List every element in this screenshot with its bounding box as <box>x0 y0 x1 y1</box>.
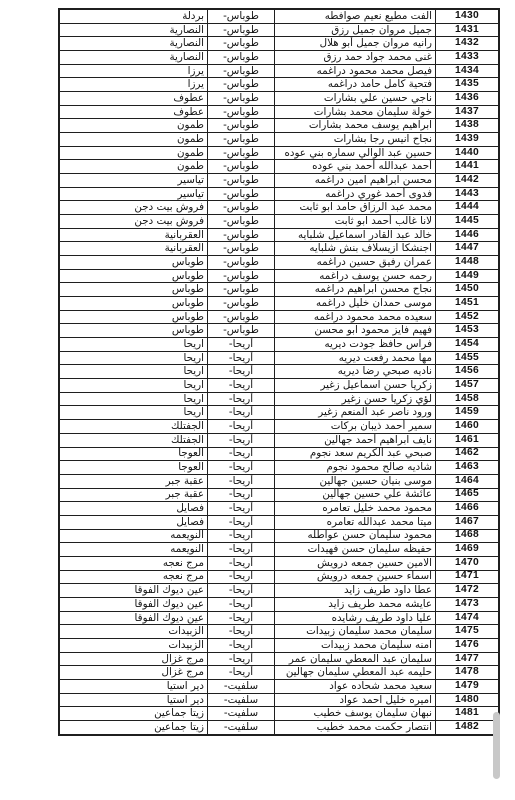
row-number-cell: 1464 <box>436 474 500 488</box>
table-row: 1443فدوى أحمد غوري دراغمهطوباس-تياسير <box>59 187 499 201</box>
governorate-cell: أريحا- <box>208 351 275 365</box>
locality-cell: اريحا <box>59 406 208 420</box>
governorate-cell: طوباس- <box>208 242 275 256</box>
table-row: 1452سعيده محمد محمود دراغمهطوباس-طوباس <box>59 310 499 324</box>
table-row: 1482انتصار حكمت محمد خطيبسلفيت-زيتا جماع… <box>59 720 499 734</box>
person-name-cell: فدوى أحمد غوري دراغمه <box>275 187 436 201</box>
locality-cell: فروش بيت دجن <box>59 215 208 229</box>
row-number-cell: 1458 <box>436 392 500 406</box>
person-name-cell: عايشه محمد طريف زايد <box>275 597 436 611</box>
row-number-cell: 1482 <box>436 720 500 734</box>
governorate-cell: أريحا- <box>208 529 275 543</box>
governorate-cell: طوباس- <box>208 283 275 297</box>
table-row: 1476امنه سليمان محمد زبيداتأريحا-الزبيدا… <box>59 638 499 652</box>
row-number-cell: 1474 <box>436 611 500 625</box>
table-row: 1440حسين عبد الوالي سماره بني عودهطوباس-… <box>59 146 499 160</box>
governorate-cell: طوباس- <box>208 324 275 338</box>
locality-cell: العقربانية <box>59 242 208 256</box>
row-number-cell: 1443 <box>436 187 500 201</box>
person-name-cell: محمود محمد خليل تعامره <box>275 502 436 516</box>
table-row: 1460سمير أحمد ذيبان بركاتأريحا-الجفتلك <box>59 420 499 434</box>
row-number-cell: 1450 <box>436 283 500 297</box>
person-name-cell: الفت مطيع نعيم صوافطه <box>275 9 436 23</box>
locality-cell: اريحا <box>59 379 208 393</box>
row-number-cell: 1446 <box>436 228 500 242</box>
governorate-cell: طوباس- <box>208 119 275 133</box>
table-row: 1474عليا داود طريف رشايدهأريحا-عين ديوك … <box>59 611 499 625</box>
table-row: 1465عائشة علي حسين جهالينأريحا-عقبة جبر <box>59 488 499 502</box>
locality-cell: طمون <box>59 119 208 133</box>
person-name-cell: موسى حمدان خليل دراغمه <box>275 297 436 311</box>
row-number-cell: 1468 <box>436 529 500 543</box>
table-row: 1463شاديه صالح محمود نجومأريحا-العوجا <box>59 461 499 475</box>
person-name-cell: محسن ابراهيم امين دراغمه <box>275 174 436 188</box>
voters-table-body: 1430الفت مطيع نعيم صوافطهطوباس-بردلة1431… <box>59 9 499 735</box>
locality-cell: زيتا جماعين <box>59 720 208 734</box>
document-page: 1430الفت مطيع نعيم صوافطهطوباس-بردلة1431… <box>0 0 515 800</box>
person-name-cell: ورود ناصر عبد المنعم زغير <box>275 406 436 420</box>
person-name-cell: فتحية كامل حامد دراغمه <box>275 78 436 92</box>
person-name-cell: لؤي زكريا حسن زغير <box>275 392 436 406</box>
table-row: 1439نجاح انيس رجا بشاراتطوباس-طمون <box>59 133 499 147</box>
person-name-cell: جميل مروان جميل رزق <box>275 23 436 37</box>
row-number-cell: 1454 <box>436 338 500 352</box>
person-name-cell: صبحي عبد الكريم سعد نجوم <box>275 447 436 461</box>
governorate-cell: سلفيت- <box>208 707 275 721</box>
table-row: 1431جميل مروان جميل رزقطوباس-النصارية <box>59 23 499 37</box>
person-name-cell: سليمان عبد المعطي سليمان عمر <box>275 652 436 666</box>
table-row: 1436ناجي حسين علي بشاراتطوباس-عطوف <box>59 92 499 106</box>
row-number-cell: 1467 <box>436 515 500 529</box>
person-name-cell: اميره خليل احمد عواد <box>275 693 436 707</box>
person-name-cell: ناديه صبحي رضا ديريه <box>275 365 436 379</box>
governorate-cell: طوباس- <box>208 64 275 78</box>
locality-cell: طمون <box>59 160 208 174</box>
row-number-cell: 1477 <box>436 652 500 666</box>
locality-cell: تياسير <box>59 187 208 201</box>
table-row: 1467ميتا محمد عبدالله تعامرهأريحا-فصايل <box>59 515 499 529</box>
locality-cell: النصارية <box>59 37 208 51</box>
row-number-cell: 1453 <box>436 324 500 338</box>
governorate-cell: أريحا- <box>208 543 275 557</box>
table-row: 1430الفت مطيع نعيم صوافطهطوباس-بردلة <box>59 9 499 23</box>
row-number-cell: 1449 <box>436 269 500 283</box>
row-number-cell: 1432 <box>436 37 500 51</box>
locality-cell: العوجا <box>59 447 208 461</box>
row-number-cell: 1475 <box>436 625 500 639</box>
locality-cell: النويعمه <box>59 543 208 557</box>
locality-cell: طوباس <box>59 256 208 270</box>
locality-cell: النصارية <box>59 23 208 37</box>
table-row: 1456ناديه صبحي رضا ديريهأريحا-اريحا <box>59 365 499 379</box>
governorate-cell: أريحا- <box>208 556 275 570</box>
governorate-cell: أريحا- <box>208 392 275 406</box>
table-row: 1437خولة سليمان محمد بشاراتطوباس-عطوف <box>59 105 499 119</box>
person-name-cell: ابراهيم يوسف محمد بشارات <box>275 119 436 133</box>
person-name-cell: عطا داود طريف زايد <box>275 584 436 598</box>
table-row: 1478حليمه عبد المعطي سليمان جهالينأريحا-… <box>59 666 499 680</box>
row-number-cell: 1479 <box>436 679 500 693</box>
table-row: 1448عمران رفيق حسين دراغمهطوباس-طوباس <box>59 256 499 270</box>
table-row: 1444محمد عبد الرزاق حامد ابو ثابتطوباس-ف… <box>59 201 499 215</box>
row-number-cell: 1441 <box>436 160 500 174</box>
governorate-cell: طوباس- <box>208 174 275 188</box>
row-number-cell: 1463 <box>436 461 500 475</box>
governorate-cell: سلفيت- <box>208 720 275 734</box>
governorate-cell: طوباس- <box>208 9 275 23</box>
row-number-cell: 1461 <box>436 433 500 447</box>
governorate-cell: طوباس- <box>208 269 275 283</box>
person-name-cell: نجاح محسن ابراهيم دراغمه <box>275 283 436 297</box>
row-number-cell: 1433 <box>436 51 500 65</box>
row-number-cell: 1460 <box>436 420 500 434</box>
row-number-cell: 1439 <box>436 133 500 147</box>
table-row: 1450نجاح محسن ابراهيم دراغمهطوباس-طوباس <box>59 283 499 297</box>
locality-cell: دير استيا <box>59 679 208 693</box>
governorate-cell: أريحا- <box>208 420 275 434</box>
voters-table: 1430الفت مطيع نعيم صوافطهطوباس-بردلة1431… <box>58 8 500 736</box>
locality-cell: بردلة <box>59 9 208 23</box>
row-number-cell: 1444 <box>436 201 500 215</box>
locality-cell: النويعمه <box>59 529 208 543</box>
person-name-cell: ناجي حسين علي بشارات <box>275 92 436 106</box>
governorate-cell: طوباس- <box>208 146 275 160</box>
row-number-cell: 1452 <box>436 310 500 324</box>
row-number-cell: 1476 <box>436 638 500 652</box>
person-name-cell: خالد عبد القادر اسماعيل شلبايه <box>275 228 436 242</box>
governorate-cell: أريحا- <box>208 379 275 393</box>
row-number-cell: 1451 <box>436 297 500 311</box>
row-number-cell: 1478 <box>436 666 500 680</box>
person-name-cell: زكريا حسن اسماعيل زغير <box>275 379 436 393</box>
governorate-cell: أريحا- <box>208 625 275 639</box>
table-row: 1447اجنشكا ازيسلاف بنش شلبايهطوباس-العقر… <box>59 242 499 256</box>
table-row: 1454فراس حافظ جودت ديريهأريحا-اريحا <box>59 338 499 352</box>
governorate-cell: طوباس- <box>208 215 275 229</box>
governorate-cell: أريحا- <box>208 515 275 529</box>
table-row: 1472عطا داود طريف زايدأريحا-عين ديوك الف… <box>59 584 499 598</box>
governorate-cell: طوباس- <box>208 297 275 311</box>
row-number-cell: 1459 <box>436 406 500 420</box>
governorate-cell: أريحا- <box>208 365 275 379</box>
locality-cell: اريحا <box>59 392 208 406</box>
person-name-cell: حسين عبد الوالي سماره بني عوده <box>275 146 436 160</box>
locality-cell: عين ديوك الفوقا <box>59 597 208 611</box>
locality-cell: النصارية <box>59 51 208 65</box>
table-row: 1459ورود ناصر عبد المنعم زغيرأريحا-اريحا <box>59 406 499 420</box>
locality-cell: اريحا <box>59 338 208 352</box>
locality-cell: الزبيدات <box>59 625 208 639</box>
scrollbar-thumb[interactable] <box>493 712 500 779</box>
person-name-cell: رحمه حسن يوسف دراغمه <box>275 269 436 283</box>
governorate-cell: أريحا- <box>208 338 275 352</box>
locality-cell: اريحا <box>59 365 208 379</box>
locality-cell: طمون <box>59 133 208 147</box>
table-row: 1481نبهان سليمان يوسف خطيبسلفيت-زيتا جما… <box>59 707 499 721</box>
governorate-cell: طوباس- <box>208 78 275 92</box>
row-number-cell: 1430 <box>436 9 500 23</box>
locality-cell: فصايل <box>59 515 208 529</box>
locality-cell: تياسير <box>59 174 208 188</box>
row-number-cell: 1436 <box>436 92 500 106</box>
locality-cell: الجفتلك <box>59 433 208 447</box>
table-row: 1479سعيد محمد شحاده عوادسلفيت-دير استيا <box>59 679 499 693</box>
person-name-cell: نايف ابراهيم أحمد جهالين <box>275 433 436 447</box>
locality-cell: عين ديوك الفوقا <box>59 584 208 598</box>
row-number-cell: 1438 <box>436 119 500 133</box>
table-row: 1442محسن ابراهيم امين دراغمهطوباس-تياسير <box>59 174 499 188</box>
table-row: 1469حفيظه سليمان حسن فهيداتأريحا-النويعم… <box>59 543 499 557</box>
governorate-cell: أريحا- <box>208 638 275 652</box>
person-name-cell: سعيد محمد شحاده عواد <box>275 679 436 693</box>
person-name-cell: محمود سليمان حسن عواطله <box>275 529 436 543</box>
locality-cell: عقبة جبر <box>59 474 208 488</box>
person-name-cell: سليمان محمد سليمان زبيدات <box>275 625 436 639</box>
row-number-cell: 1457 <box>436 379 500 393</box>
person-name-cell: عائشة علي حسين جهالين <box>275 488 436 502</box>
table-row: 1458لؤي زكريا حسن زغيرأريحا-اريحا <box>59 392 499 406</box>
person-name-cell: مها محمد رفعت ديريه <box>275 351 436 365</box>
governorate-cell: طوباس- <box>208 133 275 147</box>
locality-cell: الجفتلك <box>59 420 208 434</box>
locality-cell: مرج نعجه <box>59 570 208 584</box>
governorate-cell: أريحا- <box>208 488 275 502</box>
locality-cell: عين ديوك الفوقا <box>59 611 208 625</box>
governorate-cell: طوباس- <box>208 228 275 242</box>
person-name-cell: عمران رفيق حسين دراغمه <box>275 256 436 270</box>
governorate-cell: طوباس- <box>208 160 275 174</box>
table-row: 1475سليمان محمد سليمان زبيداتأريحا-الزبي… <box>59 625 499 639</box>
governorate-cell: أريحا- <box>208 584 275 598</box>
table-row: 1445لانا غالب أحمد ابو ثابتطوباس-فروش بي… <box>59 215 499 229</box>
table-row: 1433غنى محمد جواد حمد رزقطوباس-النصارية <box>59 51 499 65</box>
table-row: 1457زكريا حسن اسماعيل زغيرأريحا-اريحا <box>59 379 499 393</box>
locality-cell: طوباس <box>59 310 208 324</box>
person-name-cell: الامين حسين جمعه درويش <box>275 556 436 570</box>
governorate-cell: طوباس- <box>208 201 275 215</box>
governorate-cell: طوباس- <box>208 310 275 324</box>
locality-cell: فروش بيت دجن <box>59 201 208 215</box>
row-number-cell: 1471 <box>436 570 500 584</box>
row-number-cell: 1462 <box>436 447 500 461</box>
governorate-cell: أريحا- <box>208 666 275 680</box>
locality-cell: طمون <box>59 146 208 160</box>
person-name-cell: محمد عبد الرزاق حامد ابو ثابت <box>275 201 436 215</box>
governorate-cell: طوباس- <box>208 51 275 65</box>
table-row: 1451موسى حمدان خليل دراغمهطوباس-طوباس <box>59 297 499 311</box>
locality-cell: عطوف <box>59 105 208 119</box>
locality-cell: يرزا <box>59 78 208 92</box>
person-name-cell: فهيم فايز محمود ابو محسن <box>275 324 436 338</box>
governorate-cell: طوباس- <box>208 256 275 270</box>
table-row: 1434فيصل محمد محمود دراغمهطوباس-يرزا <box>59 64 499 78</box>
row-number-cell: 1455 <box>436 351 500 365</box>
row-number-cell: 1434 <box>436 64 500 78</box>
locality-cell: زيتا جماعين <box>59 707 208 721</box>
governorate-cell: أريحا- <box>208 570 275 584</box>
table-row: 1477سليمان عبد المعطي سليمان عمرأريحا-مر… <box>59 652 499 666</box>
person-name-cell: امنه سليمان محمد زبيدات <box>275 638 436 652</box>
locality-cell: مرج نعجه <box>59 556 208 570</box>
table-row: 1468محمود سليمان حسن عواطلهأريحا-النويعم… <box>59 529 499 543</box>
row-number-cell: 1470 <box>436 556 500 570</box>
person-name-cell: نجاح انيس رجا بشارات <box>275 133 436 147</box>
table-row: 1446خالد عبد القادر اسماعيل شلبايهطوباس-… <box>59 228 499 242</box>
locality-cell: فصايل <box>59 502 208 516</box>
locality-cell: يرزا <box>59 64 208 78</box>
locality-cell: دير استيا <box>59 693 208 707</box>
person-name-cell: انتصار حكمت محمد خطيب <box>275 720 436 734</box>
person-name-cell: موسى بنيان حسين جهالين <box>275 474 436 488</box>
person-name-cell: شاديه صالح محمود نجوم <box>275 461 436 475</box>
table-row: 1470الامين حسين جمعه درويشأريحا-مرج نعجه <box>59 556 499 570</box>
row-number-cell: 1469 <box>436 543 500 557</box>
governorate-cell: طوباس- <box>208 37 275 51</box>
governorate-cell: أريحا- <box>208 461 275 475</box>
row-number-cell: 1466 <box>436 502 500 516</box>
person-name-cell: نبهان سليمان يوسف خطيب <box>275 707 436 721</box>
governorate-cell: سلفيت- <box>208 693 275 707</box>
locality-cell: طوباس <box>59 324 208 338</box>
governorate-cell: أريحا- <box>208 447 275 461</box>
governorate-cell: طوباس- <box>208 92 275 106</box>
governorate-cell: طوباس- <box>208 187 275 201</box>
locality-cell: طوباس <box>59 269 208 283</box>
person-name-cell: اسماء حسين جمعه درويش <box>275 570 436 584</box>
row-number-cell: 1472 <box>436 584 500 598</box>
person-name-cell: فراس حافظ جودت ديريه <box>275 338 436 352</box>
row-number-cell: 1431 <box>436 23 500 37</box>
table-row: 1455مها محمد رفعت ديريهأريحا-اريحا <box>59 351 499 365</box>
locality-cell: العوجا <box>59 461 208 475</box>
person-name-cell: أحمد عبدالله أحمد بني عوده <box>275 160 436 174</box>
table-row: 1466محمود محمد خليل تعامرهأريحا-فصايل <box>59 502 499 516</box>
governorate-cell: سلفيت- <box>208 679 275 693</box>
table-row: 1473عايشه محمد طريف زايدأريحا-عين ديوك ا… <box>59 597 499 611</box>
person-name-cell: عليا داود طريف رشايده <box>275 611 436 625</box>
locality-cell: اريحا <box>59 351 208 365</box>
row-number-cell: 1435 <box>436 78 500 92</box>
person-name-cell: حليمه عبد المعطي سليمان جهالين <box>275 666 436 680</box>
governorate-cell: أريحا- <box>208 611 275 625</box>
table-row: 1435فتحية كامل حامد دراغمهطوباس-يرزا <box>59 78 499 92</box>
row-number-cell: 1456 <box>436 365 500 379</box>
row-number-cell: 1442 <box>436 174 500 188</box>
person-name-cell: فيصل محمد محمود دراغمه <box>275 64 436 78</box>
governorate-cell: طوباس- <box>208 23 275 37</box>
locality-cell: مرج غزال <box>59 652 208 666</box>
row-number-cell: 1465 <box>436 488 500 502</box>
table-row: 1461نايف ابراهيم أحمد جهالينأريحا-الجفتل… <box>59 433 499 447</box>
locality-cell: مرج غزال <box>59 666 208 680</box>
locality-cell: طوباس <box>59 283 208 297</box>
governorate-cell: أريحا- <box>208 502 275 516</box>
table-row: 1462صبحي عبد الكريم سعد نجومأريحا-العوجا <box>59 447 499 461</box>
table-row: 1441أحمد عبدالله أحمد بني عودهطوباس-طمون <box>59 160 499 174</box>
row-number-cell: 1480 <box>436 693 500 707</box>
row-number-cell: 1481 <box>436 707 500 721</box>
row-number-cell: 1440 <box>436 146 500 160</box>
locality-cell: عقبة جبر <box>59 488 208 502</box>
governorate-cell: أريحا- <box>208 597 275 611</box>
locality-cell: عطوف <box>59 92 208 106</box>
row-number-cell: 1473 <box>436 597 500 611</box>
governorate-cell: طوباس- <box>208 105 275 119</box>
row-number-cell: 1437 <box>436 105 500 119</box>
person-name-cell: لانا غالب أحمد ابو ثابت <box>275 215 436 229</box>
person-name-cell: سعيده محمد محمود دراغمه <box>275 310 436 324</box>
locality-cell: الزبيدات <box>59 638 208 652</box>
table-row: 1480اميره خليل احمد عوادسلفيت-دير استيا <box>59 693 499 707</box>
locality-cell: طوباس <box>59 297 208 311</box>
governorate-cell: أريحا- <box>208 406 275 420</box>
table-row: 1432رانيه مروان جميل أبو هلالطوباس-النصا… <box>59 37 499 51</box>
table-row: 1464موسى بنيان حسين جهالينأريحا-عقبة جبر <box>59 474 499 488</box>
person-name-cell: سمير أحمد ذيبان بركات <box>275 420 436 434</box>
person-name-cell: رانيه مروان جميل أبو هلال <box>275 37 436 51</box>
row-number-cell: 1448 <box>436 256 500 270</box>
row-number-cell: 1447 <box>436 242 500 256</box>
governorate-cell: أريحا- <box>208 433 275 447</box>
table-row: 1453فهيم فايز محمود ابو محسنطوباس-طوباس <box>59 324 499 338</box>
person-name-cell: غنى محمد جواد حمد رزق <box>275 51 436 65</box>
row-number-cell: 1445 <box>436 215 500 229</box>
person-name-cell: حفيظه سليمان حسن فهيدات <box>275 543 436 557</box>
person-name-cell: ميتا محمد عبدالله تعامره <box>275 515 436 529</box>
person-name-cell: اجنشكا ازيسلاف بنش شلبايه <box>275 242 436 256</box>
table-row: 1449رحمه حسن يوسف دراغمهطوباس-طوباس <box>59 269 499 283</box>
table-row: 1438ابراهيم يوسف محمد بشاراتطوباس-طمون <box>59 119 499 133</box>
locality-cell: العقربانية <box>59 228 208 242</box>
governorate-cell: أريحا- <box>208 652 275 666</box>
person-name-cell: خولة سليمان محمد بشارات <box>275 105 436 119</box>
governorate-cell: أريحا- <box>208 474 275 488</box>
table-row: 1471اسماء حسين جمعه درويشأريحا-مرج نعجه <box>59 570 499 584</box>
